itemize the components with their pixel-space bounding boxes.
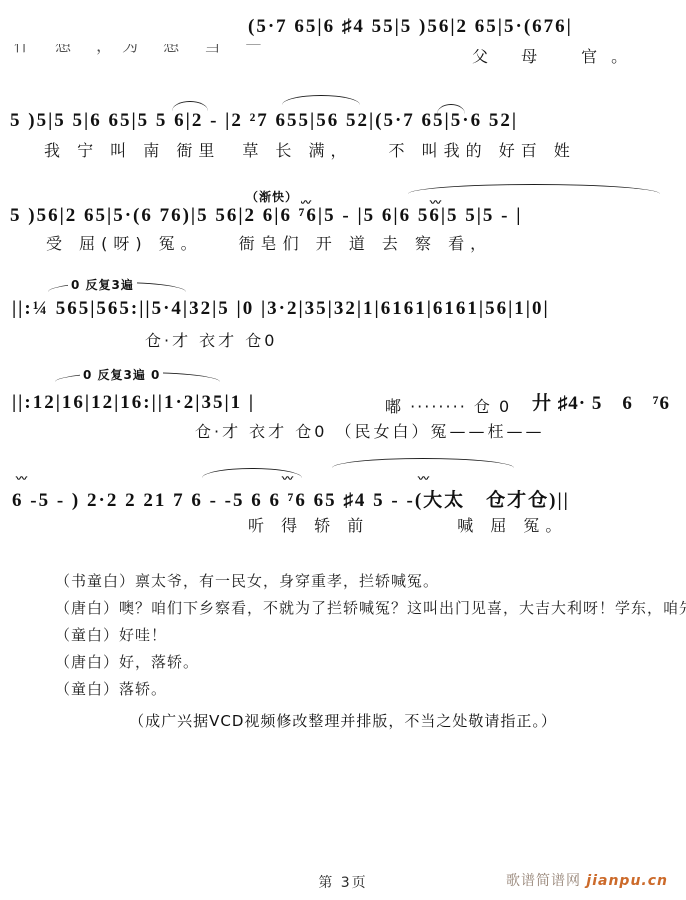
trill-mark: 〰 [282, 470, 291, 486]
watermark-site-url: jianpu.cn [586, 873, 668, 889]
clipped-lyrics-text: 什 想 ，为 想 当 一 自 姓 的 [14, 44, 274, 56]
trill-mark: 〰 [418, 470, 427, 486]
score-lyrics-line-0: 父 母 官。 [472, 44, 641, 67]
dialogue-line: （童白）好哇！ [55, 624, 167, 645]
score-lyrics-line-4: 仓·才 衣才 仓0 （民女白）冤——枉—— [195, 419, 545, 442]
dialogue-line: （书童白）禀太爷，有一民女，身穿重孝，拦轿喊冤。 [55, 570, 439, 591]
score-lyrics-line-5: 听 得 轿 前 喊 屈 冤。 [248, 513, 567, 536]
dialogue-line: （童白）落轿。 [55, 678, 167, 699]
score-lyrics-line-2: 受 屈(呀) 冤。 衙皂们 开 道 去 察 看， [46, 231, 492, 254]
tempo-annotation: （渐快） [243, 188, 301, 205]
score-notation-line-4-tail: 廾 ♯4· 5 6 ⁷6 [532, 388, 670, 415]
score-notation-line-5: 6 -5 - ) 2·2 2 21 7 6 - -5 6 6 ⁷6 65 ♯4 … [12, 485, 570, 512]
slur-arc [408, 184, 660, 194]
slur-arc [172, 101, 208, 111]
site-watermark: 歌谱简谱网 jianpu.cn [506, 870, 668, 890]
score-notation-line-2: 5 )56|2 65|5·(6 76)|5 56|2 6|6 ⁷6|5 - |5… [10, 205, 522, 227]
watermark-site-name: 歌谱简谱网 [506, 873, 581, 889]
score-lyrics-line-1: 我 宁 叫 南 衙里 草 长 满， 不 叫我的 好百 姓 [44, 138, 576, 161]
trill-mark: 〰 [16, 470, 25, 486]
trill-mark: 〰 [300, 194, 309, 210]
dialogue-line: （唐白）噢？咱们下乡察看，不就为了拦轿喊冤？这叫出门见喜，大吉大利呀！学东，咱先… [55, 597, 686, 618]
repeat-annotation-2: 0 反复3遍 0 [80, 366, 163, 383]
repeat-annotation-1: 0 反复3遍 [68, 276, 137, 293]
drum-syllable-notation: 嘟 ········ 仓 0 [385, 394, 511, 417]
clipped-previous-lyrics: 什 想 ，为 想 当 一 自 姓 的 [14, 44, 274, 56]
dialogue-line: （唐白）好，落轿。 [55, 651, 199, 672]
editor-footnote: （成广兴据VCD视频修改整理并排版，不当之处敬请指正。） [0, 710, 686, 731]
slur-arc [332, 458, 514, 468]
score-notation-line-0: (5·7 65|6 ♯4 55|5 )56|2 65|5·(676| [248, 16, 573, 38]
score-notation-line-3: ||:¼ 565|565:||5·4|32|5 |0 |3·2|35|32|1|… [12, 298, 550, 320]
slur-arc [282, 95, 360, 105]
score-sheet: (5·7 65|6 ♯4 55|5 )56|2 65|5·(676| 什 想 ，… [0, 0, 686, 900]
score-notation-line-4: ||:12|16|12|16:||1·2|35|1 | [12, 392, 255, 414]
trill-mark: 〰 [430, 194, 439, 210]
slur-arc [437, 104, 465, 114]
score-lyrics-line-3: 仓·才 衣才 仓0 [145, 328, 277, 351]
